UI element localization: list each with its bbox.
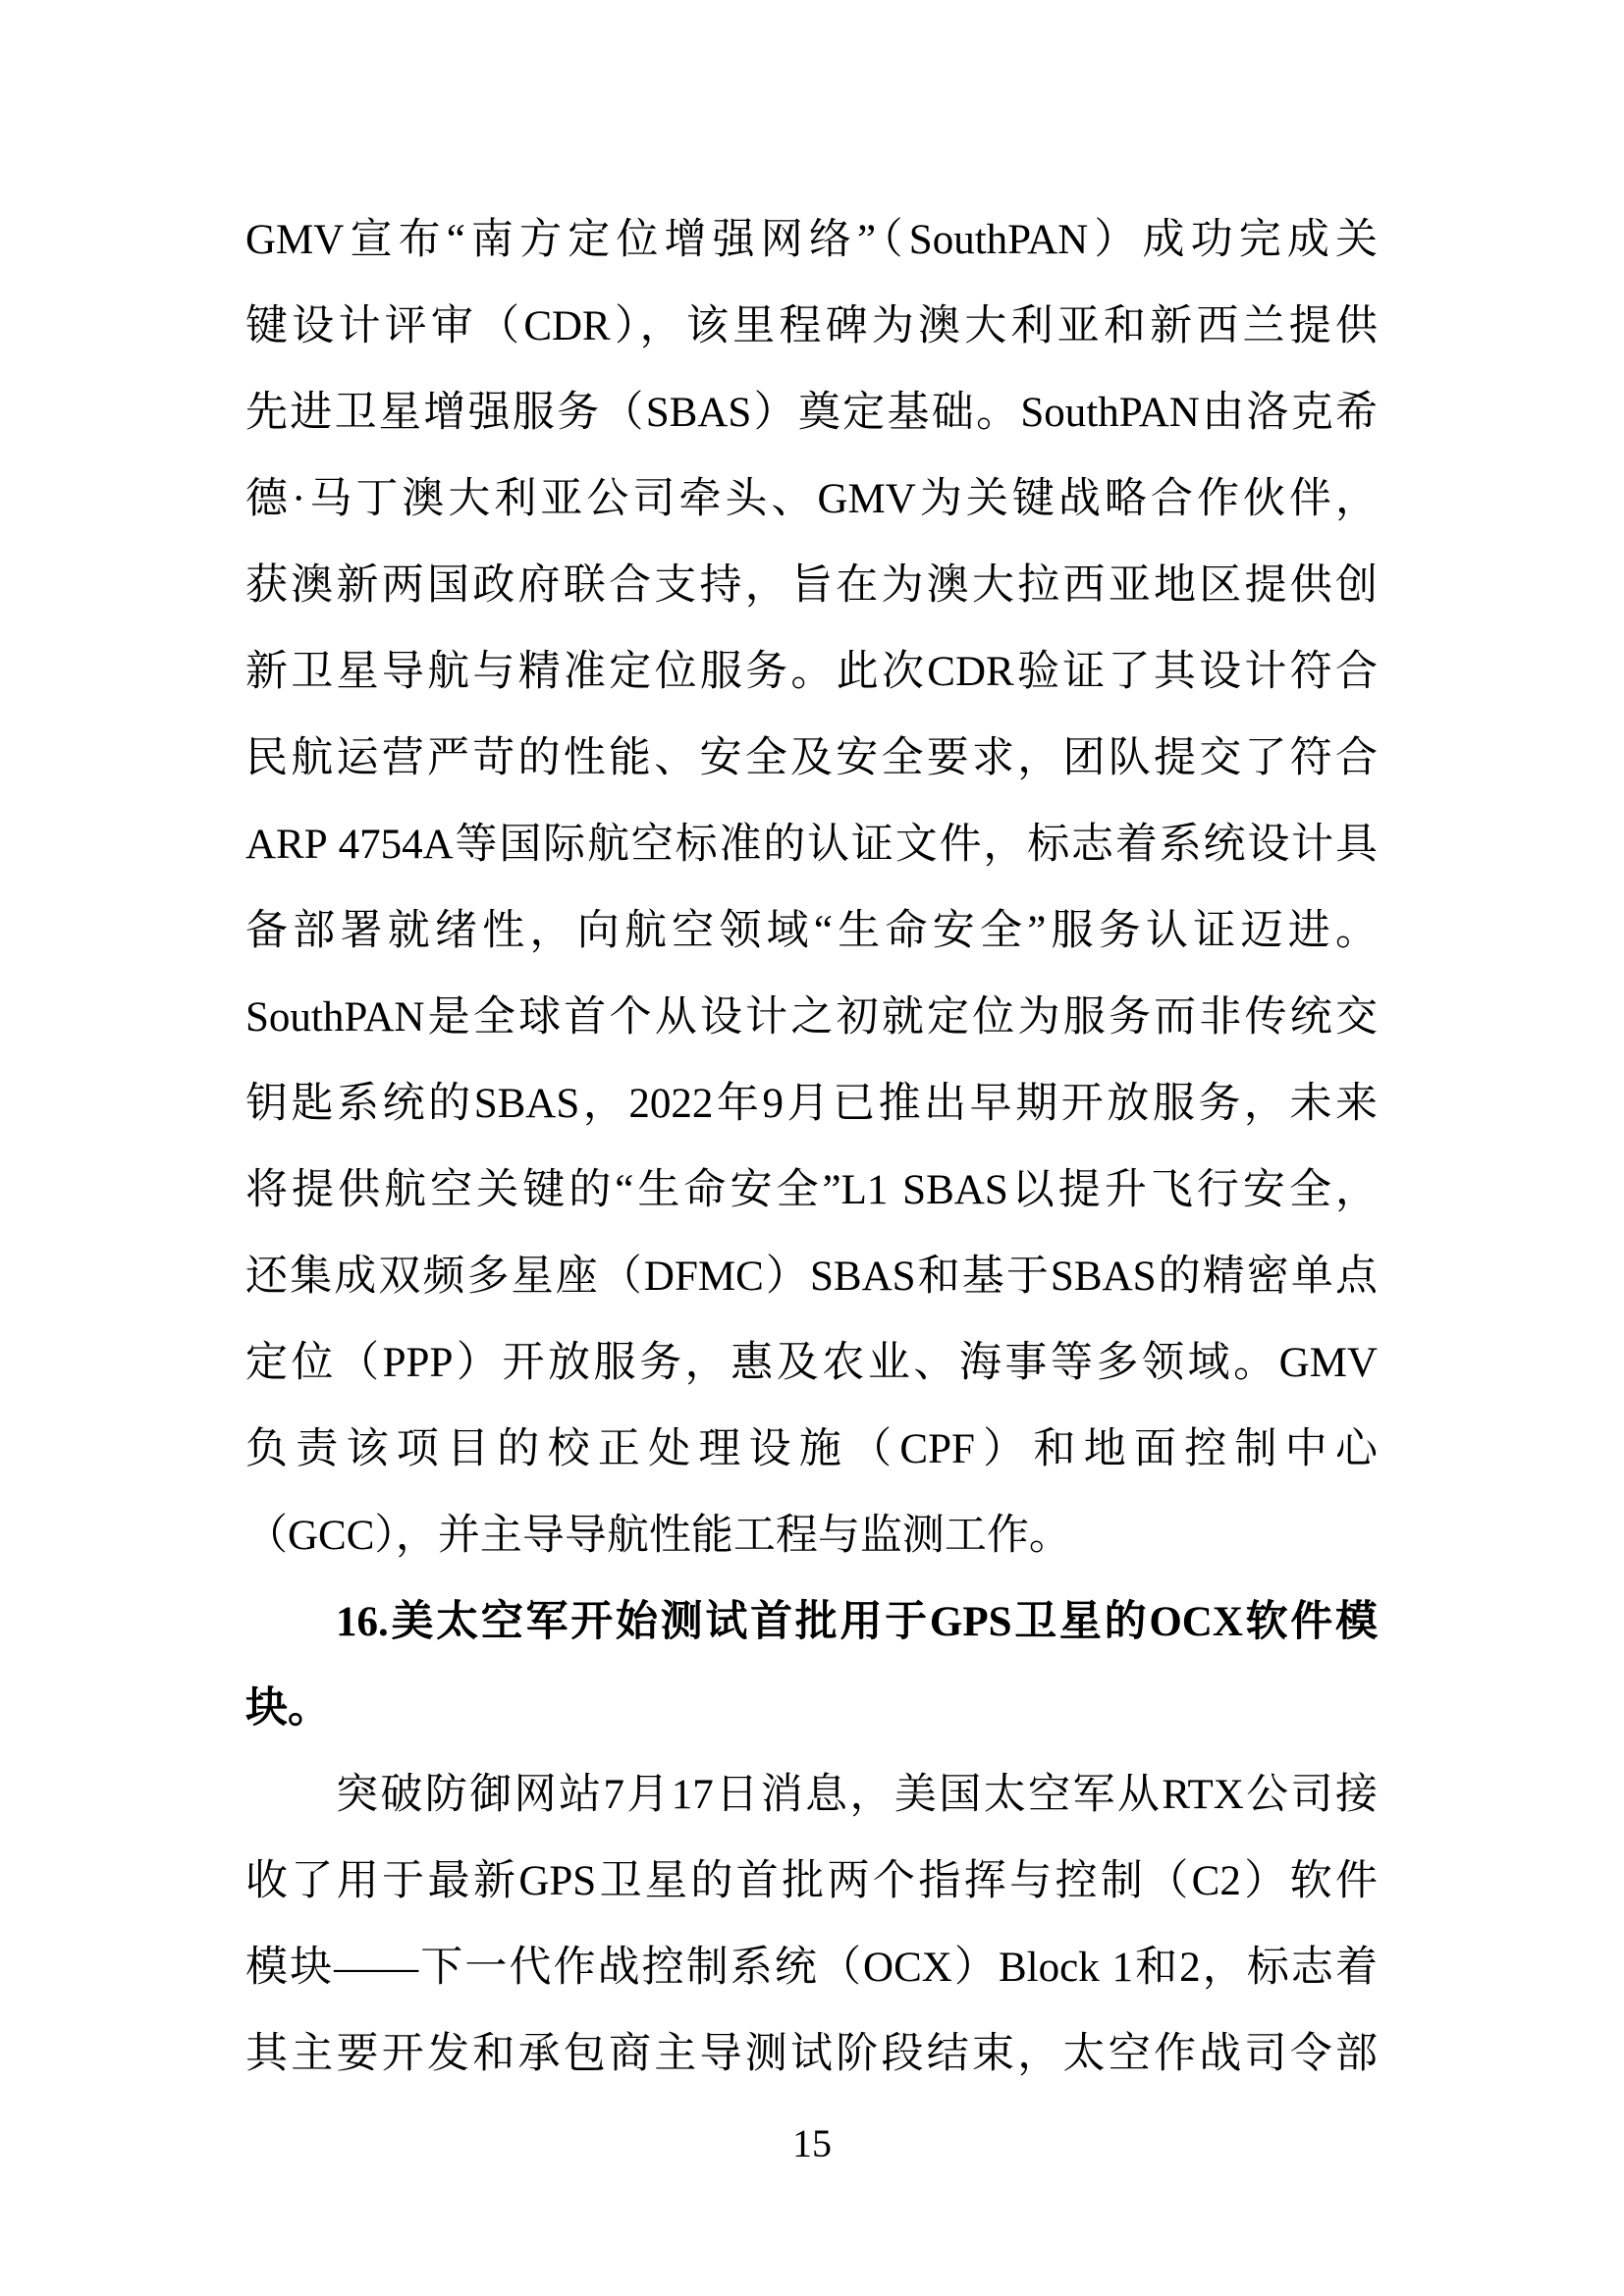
- paragraph2-line: 其主要开发和承包商主导测试阶段结束，太空作战司令部: [245, 2011, 1378, 2098]
- paragraph2-line: 收了用于最新GPS卫星的首批两个指挥与控制（C2）软件: [245, 1839, 1378, 1925]
- paragraph1-line: 先进卫星增强服务（SBAS）奠定基础。SouthPAN由洛克希: [245, 370, 1378, 456]
- paragraph1-line: 键设计评审（CDR），该里程碑为澳大利亚和新西兰提供: [245, 284, 1378, 370]
- section-heading-line: 块。: [245, 1666, 1378, 1752]
- page-body: GMV宣布“南方定位增强网络”（SouthPAN）成功完成关 键设计评审（CDR…: [245, 197, 1378, 2098]
- paragraph1-line: 民航运营严苛的性能、安全及安全要求，团队提交了符合: [245, 716, 1378, 802]
- paragraph1-line: 定位（PPP）开放服务，惠及农业、海事等多领域。GMV: [245, 1320, 1378, 1407]
- paragraph1-line: 德·马丁澳大利亚公司牵头、GMV为关键战略合作伙伴，: [245, 456, 1378, 543]
- paragraph1-line: 负责该项目的校正处理设施（CPF）和地面控制中心: [245, 1407, 1378, 1493]
- document-page: GMV宣布“南方定位增强网络”（SouthPAN）成功完成关 键设计评审（CDR…: [0, 0, 1624, 2296]
- paragraph1-line: 钥匙系统的SBAS，2022年9月已推出早期开放服务，未来: [245, 1061, 1378, 1148]
- paragraph1-line: 还集成双频多星座（DFMC）SBAS和基于SBAS的精密单点: [245, 1234, 1378, 1320]
- paragraph1-line: 将提供航空关键的“生命安全”L1 SBAS以提升飞行安全，: [245, 1148, 1378, 1234]
- section-heading-line: 16.美太空军开始测试首批用于GPS卫星的OCX软件模: [245, 1579, 1378, 1666]
- paragraph1-line: （GCC），并主导导航性能工程与监测工作。: [245, 1493, 1378, 1579]
- paragraph2-line: 模块——下一代作战控制系统（OCX）Block 1和2，标志着: [245, 1925, 1378, 2011]
- paragraph1-line: 备部署就绪性，向航空领域“生命安全”服务认证迈进。: [245, 888, 1378, 975]
- paragraph1-line: SouthPAN是全球首个从设计之初就定位为服务而非传统交: [245, 975, 1378, 1061]
- paragraph1-line: GMV宣布“南方定位增强网络”（SouthPAN）成功完成关: [245, 197, 1378, 284]
- paragraph2-line: 突破防御网站7月17日消息，美国太空军从RTX公司接: [245, 1752, 1378, 1839]
- paragraph1-line: 获澳新两国政府联合支持，旨在为澳大拉西亚地区提供创: [245, 543, 1378, 629]
- page-number: 15: [0, 2109, 1624, 2179]
- paragraph1-line: 新卫星导航与精准定位服务。此次CDR验证了其设计符合: [245, 629, 1378, 716]
- paragraph1-line: ARP 4754A等国际航空标准的认证文件，标志着系统设计具: [245, 802, 1378, 888]
